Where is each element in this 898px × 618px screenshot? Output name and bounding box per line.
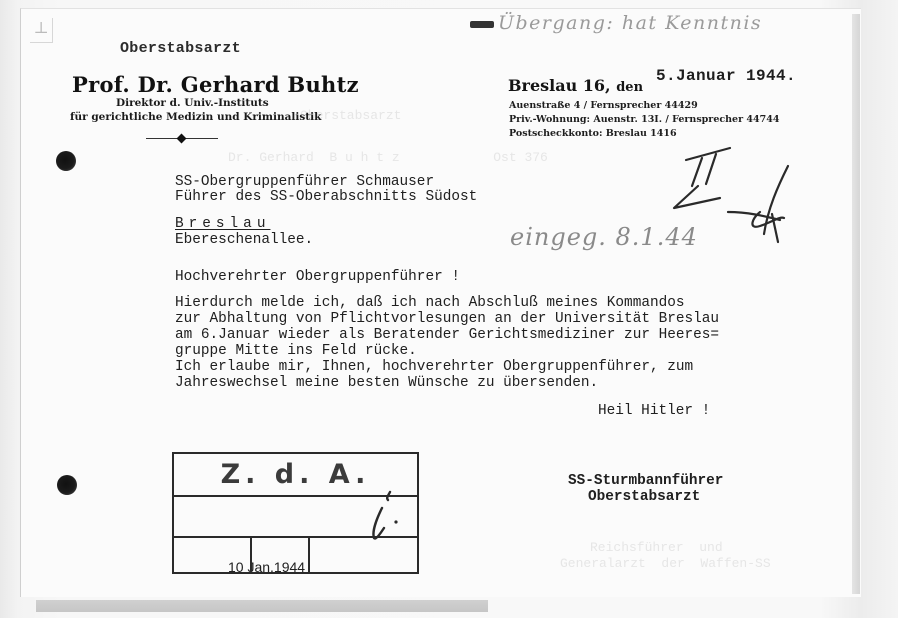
letterhead-city: Breslau 16, den [508,76,643,95]
letterhead-postal-account: Postscheckkonto: Breslau 1416 [509,128,677,139]
stamp-initial-icon [364,488,404,548]
signature-title: Oberstabsarzt [588,489,700,505]
letterhead-address: Auenstraße 4 / Fernsprecher 44429 [509,100,698,111]
handwritten-initials-icon [668,138,808,248]
letterhead-name: Prof. Dr. Gerhard Buhtz [72,72,359,97]
recipient-city: Breslau [175,216,270,232]
punch-hole-top [56,151,76,171]
letter-date: 5.Januar 1944. [656,67,796,85]
body-line: am 6.Januar wieder als Beratender Gerich… [175,327,719,343]
archive-corner-mark: ⊥ [30,18,53,43]
letterhead-city-name: Breslau 16, [508,76,611,95]
filing-stamp: Z. d. A. 10 Jan.1944 [172,452,419,574]
recipient-line1: SS-Obergruppenführer Schmauser [175,174,434,190]
letterhead-den: den [616,80,643,95]
stamp-divider [250,538,252,574]
signature-rank: SS-Sturmbannführer [568,473,723,489]
letterhead-ornament [146,138,218,139]
show-through-text: Generalarzt der Waffen-SS [560,556,771,571]
stamp-title: Z. d. A. [174,459,417,490]
page-bottom-edge [36,600,488,612]
body-line: Ich erlaube mir, Ihnen, hochverehrter Ob… [175,359,693,375]
body-line: Jahreswechsel meine besten Wünsche zu üb… [175,375,598,391]
letterhead-rank: Oberstabsarzt [120,40,241,57]
ink-smudge [470,21,494,28]
show-through-text: Dr. Gerhard B u h t z Ost 376 [228,150,548,165]
punch-hole-bottom [57,475,77,495]
stamp-divider [308,538,310,574]
handwritten-top-note: Übergang: hat Kenntnis [470,12,762,34]
recipient-line2: Führer des SS-Oberabschnitts Südost [175,189,477,205]
show-through-text: Reichsführer und [590,540,723,555]
salutation: Hochverehrter Obergruppenführer ! [175,269,460,285]
page-edge-shadow [852,14,860,594]
handwritten-top-note-text: Übergang: hat Kenntnis [498,12,762,34]
body-line: gruppe Mitte ins Feld rücke. [175,343,417,359]
body-line: Hierdurch melde ich, daß ich nach Abschl… [175,295,685,311]
letterhead-private-address: Priv.-Wohnung: Auenstr. 13I. / Fernsprec… [509,114,779,125]
recipient-street: Ebereschenallee. [175,232,313,248]
closing: Heil Hitler ! [598,403,710,419]
letterhead-position-line1: Direktor d. Univ.-Instituts [116,97,269,109]
letterhead-position-line2: für gerichtliche Medizin und Kriminalist… [70,111,321,123]
body-line: zur Abhaltung von Pflichtvorlesungen an … [175,311,719,327]
